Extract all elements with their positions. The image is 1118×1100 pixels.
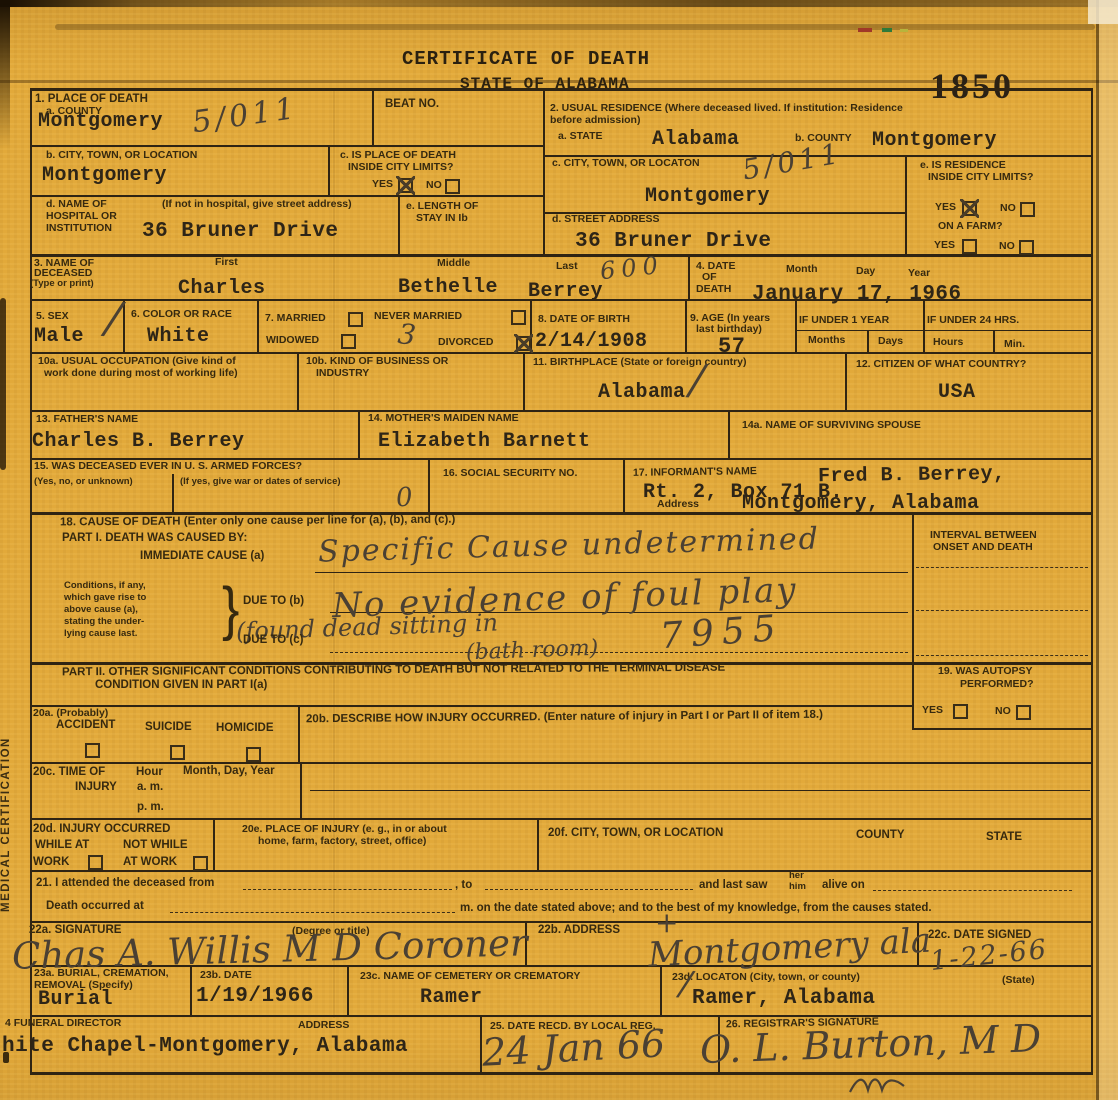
field-label-address: Address: [657, 499, 699, 511]
checkbox-autopsy-no: [1016, 705, 1031, 720]
field-label-immediate-cause: IMMEDIATE CAUSE (a): [140, 550, 264, 563]
field-label-inside-limits-2: INSIDE CITY LIMITS?: [348, 162, 453, 174]
field-label-business-1: 10b. KIND OF BUSINESS OR: [306, 356, 448, 368]
field-label-date-of-death-3: DEATH: [696, 284, 731, 296]
yes-label: YES: [922, 705, 943, 717]
rule: [428, 458, 430, 512]
rule: [923, 299, 925, 352]
handwritten-birthplace-mark: /: [688, 355, 706, 405]
rule: [257, 299, 259, 352]
rule: [30, 88, 1093, 91]
field-label-hospital-3: INSTITUTION: [46, 223, 112, 235]
field-label-mother: 14. MOTHER'S MAIDEN NAME: [368, 413, 519, 425]
value-informant-name: Fred B. Berrey,: [818, 465, 1006, 488]
scan-streak-top: [0, 0, 1118, 7]
rule: [328, 145, 330, 195]
blank-line: [170, 912, 455, 913]
handwritten-cause-c: (bath room): [466, 636, 599, 666]
handwritten-residence-loc: 5/011: [740, 137, 845, 187]
field-label-hospital-note: (If not in hospital, give street address…: [162, 199, 352, 211]
field-label-ssn: 16. SOCIAL SECURITY NO.: [443, 468, 577, 480]
field-label-20c-2: INJURY: [75, 781, 117, 794]
field-label-business-2: INDUSTRY: [316, 368, 369, 380]
field-label-widowed: WIDOWED: [266, 335, 319, 347]
field-label-interval-1: INTERVAL BETWEEN: [930, 530, 1037, 542]
rule: [916, 567, 1088, 568]
field-label-divorced: DIVORCED: [438, 337, 493, 349]
column-label-last: Last: [556, 261, 578, 273]
color-mark-green: [882, 28, 892, 32]
field-label-21-to: , to: [455, 879, 472, 892]
field-label-20d: 20d. INJURY OCCURRED: [33, 823, 170, 836]
rule: [688, 254, 690, 299]
rule: [310, 790, 1090, 791]
blank-line: [243, 889, 452, 890]
field-label-while-at: WHILE AT: [35, 839, 89, 852]
field-label-21a: 21. I attended the deceased from: [36, 877, 214, 890]
checkbox-homicide: [246, 747, 261, 762]
column-label-min: Min.: [1004, 339, 1025, 351]
yes-label: YES: [934, 240, 955, 252]
field-label-street-address: d. STREET ADDRESS: [552, 214, 660, 226]
value-birthplace: Alabama: [598, 383, 686, 403]
rule: [30, 410, 1093, 412]
field-label-21d: Death occurred at: [46, 900, 144, 913]
rule: [30, 254, 1093, 257]
value-burial-date: 1/19/1966: [196, 986, 314, 1007]
handwritten-marital-mark: 3: [396, 317, 417, 352]
field-label-occupation-2: work done during most of working life): [44, 368, 238, 380]
rule: [795, 330, 1093, 331]
side-label-medical-certification: MEDICAL CERTIFICATION: [1, 592, 13, 912]
value-informant-address: Montgomery, Alabama: [742, 494, 980, 514]
field-label-20e-2: home, farm, factory, street, office): [258, 836, 426, 848]
field-label-res-limits-2: INSIDE CITY LIMITS?: [928, 172, 1033, 184]
field-label-20c-1: 20c. TIME OF: [33, 766, 105, 779]
rule: [30, 1072, 1093, 1075]
field-label-him: him: [789, 882, 806, 893]
document-title: CERTIFICATE OF DEATH: [402, 50, 650, 69]
value-date-of-birth: 2/14/1908: [535, 332, 648, 352]
rule: [867, 330, 869, 352]
rule: [347, 965, 349, 1015]
yes-label: YES: [935, 202, 956, 214]
field-label-20a: 20a. (Probably): [33, 708, 108, 720]
column-label-days: Days: [878, 336, 903, 348]
field-label-under-24-hrs: IF UNDER 24 HRS.: [927, 315, 1019, 327]
value-cemetery-location: Ramer, Alabama: [692, 988, 875, 1009]
field-label-city-town: b. CITY, TOWN, OR LOCATION: [46, 150, 197, 162]
checkbox-never-married: [511, 310, 526, 325]
field-label-inside-limits-1: c. IS PLACE OF DEATH: [340, 150, 456, 162]
field-label-hospital-2: HOSPITAL OR: [46, 211, 117, 223]
field-label-birthplace: 11. BIRTHPLACE (State or foreign country…: [533, 357, 747, 369]
field-label-res-limits-1: e. IS RESIDENCE: [920, 160, 1006, 172]
no-label: NO: [995, 706, 1011, 718]
rule: [623, 458, 625, 512]
field-label-stay-2: STAY IN Ib: [416, 213, 468, 225]
field-label-beat-no: BEAT NO.: [385, 98, 439, 111]
checkbox-autopsy-yes: [953, 704, 968, 719]
rule: [916, 655, 1088, 656]
rule: [912, 728, 1093, 730]
rule: [213, 818, 215, 870]
rule: [916, 610, 1088, 611]
field-label-armed-forces-note2: (If yes, give war or dates of service): [180, 477, 341, 488]
checkbox-accident: [85, 743, 100, 758]
value-residence-city: Montgomery: [645, 187, 770, 207]
column-label-year: Year: [908, 268, 930, 280]
rule: [1091, 88, 1093, 1074]
field-label-sex: 5. SEX: [36, 311, 69, 323]
field-label-conditions-1: Conditions, if any,: [64, 581, 146, 592]
field-label-usual-residence-2: before admission): [550, 115, 640, 127]
field-label-armed-forces: 15. WAS DECEASED EVER IN U. S. ARMED FOR…: [34, 461, 302, 473]
column-label-month: Month: [786, 264, 818, 276]
field-label-suicide: SUICIDE: [145, 721, 192, 734]
rule: [795, 299, 797, 352]
checkbox-farm-yes: [962, 239, 977, 254]
scan-streak-2: [55, 24, 1095, 30]
rule: [358, 410, 360, 458]
checkbox-while-at-work: [88, 855, 103, 870]
rule: [993, 330, 995, 352]
blank-line: [873, 890, 1072, 891]
value-race: White: [147, 327, 210, 347]
value-father: Charles B. Berrey: [32, 432, 245, 452]
checkbox-residence-no: [1020, 202, 1035, 217]
value-mother: Elizabeth Barnett: [378, 432, 591, 452]
field-label-23c-cemetery: 23c. NAME OF CEMETERY OR CREMATORY: [360, 971, 580, 983]
field-label-under-1-year: IF UNDER 1 YEAR: [799, 315, 889, 327]
field-label-date-of-death-2: OF: [702, 272, 717, 284]
handwritten-last-mark: 600: [599, 251, 665, 286]
checkbox-suicide: [170, 745, 185, 760]
field-label-armed-forces-note1: (Yes, no, or unknown): [34, 477, 133, 488]
field-label-hospital-1: d. NAME OF: [46, 199, 107, 211]
rule: [30, 921, 1093, 923]
checkbox-divorced: [516, 336, 531, 351]
rule: [300, 762, 302, 818]
rule: [298, 705, 300, 762]
checkbox-residence-yes: [962, 201, 977, 216]
field-label-conditions-5: lying cause last.: [64, 629, 137, 640]
field-label-21b: and last saw: [699, 879, 767, 892]
field-label-21c: alive on: [822, 879, 865, 892]
field-label-state-paren: (State): [1002, 975, 1035, 987]
column-label-state: STATE: [986, 831, 1022, 844]
yes-label: YES: [372, 179, 393, 191]
field-label-accident: ACCIDENT: [56, 719, 115, 732]
field-label-name-3: (Type or print): [30, 279, 94, 290]
field-label-stay-1: e. LENGTH OF: [406, 201, 478, 213]
rule: [905, 155, 907, 254]
certificate-number: 1850: [930, 68, 1014, 104]
field-label-am: a. m.: [137, 781, 163, 794]
handwritten-beat: 5/011: [190, 91, 300, 140]
column-label-months: Months: [808, 335, 845, 347]
handwritten-date-received: 24 Jan 66: [481, 1021, 666, 1075]
field-label-at-work: AT WORK: [123, 856, 177, 869]
field-label-res-city: c. CITY, TOWN, OR LOCATON: [552, 158, 700, 170]
handwritten-armed-forces: 0: [395, 482, 414, 513]
field-label-cause-of-death: 18. CAUSE OF DEATH (Enter only one cause…: [60, 514, 455, 530]
field-label-pm: p. m.: [137, 801, 164, 814]
value-last-name: Berrey: [528, 282, 603, 302]
column-label-first: First: [215, 257, 238, 269]
no-label: NO: [1000, 203, 1016, 215]
rule: [30, 1015, 1093, 1017]
column-label-hours: Hours: [933, 337, 963, 349]
field-label-part1: PART I. DEATH WAS CAUSED BY:: [62, 532, 247, 545]
field-label-usual-residence: 2. USUAL RESIDENCE (Where deceased lived…: [550, 103, 903, 115]
rule: [172, 474, 174, 512]
rule: [30, 762, 1093, 764]
rule: [845, 352, 847, 410]
field-label-autopsy-2: PERFORMED?: [960, 679, 1034, 691]
field-label-on-a-farm: ON A FARM?: [938, 221, 1003, 233]
column-label-hour: Hour: [136, 766, 163, 779]
paper-edge-light: [1099, 0, 1118, 1100]
field-label-23b-date: 23b. DATE: [200, 970, 252, 982]
value-burial: Burial: [38, 990, 113, 1010]
field-label-homicide: HOMICIDE: [216, 722, 274, 735]
left-edge-blob: [0, 298, 6, 470]
field-label-fd-address: ADDRESS: [298, 1020, 349, 1032]
rule: [685, 299, 687, 352]
field-label-part2-2: CONDITION GIVEN IN PART I(a): [95, 679, 267, 692]
checkbox-place-no: [445, 179, 460, 194]
value-citizen: USA: [938, 383, 976, 403]
field-label-surviving-spouse: 14a. NAME OF SURVIVING SPOUSE: [742, 420, 921, 432]
checkbox-married: [348, 312, 363, 327]
color-mark-olive: [900, 29, 908, 32]
value-residence-state: Alabama: [652, 130, 740, 150]
field-label-conditions-2: which gave rise to: [64, 593, 146, 604]
field-label-not-while: NOT WHILE: [123, 839, 188, 852]
value-date-of-death: January 17, 1966: [752, 284, 962, 305]
rule: [297, 352, 299, 410]
value-city: Montgomery: [42, 166, 167, 186]
value-age: 57: [718, 336, 745, 358]
field-label-conditions-4: stating the under-: [64, 617, 144, 628]
rule: [123, 299, 125, 352]
field-label-date-of-birth: 8. DATE OF BIRTH: [538, 314, 630, 326]
handwritten-cause-number: 7955: [659, 608, 785, 658]
field-label-citizen: 12. CITIZEN OF WHAT COUNTRY?: [856, 359, 1026, 371]
death-certificate: CERTIFICATE OF DEATH STATE OF ALABAMA 18…: [0, 0, 1118, 1100]
field-label-conditions-3: above cause (a),: [64, 605, 138, 616]
field-label-married: 7. MARRIED: [265, 313, 326, 325]
rule: [543, 88, 545, 254]
no-label: NO: [426, 180, 442, 192]
value-middle-name: Bethelle: [398, 278, 498, 298]
value-first-name: Charles: [178, 279, 266, 299]
rule: [30, 870, 1093, 872]
color-mark-red: [858, 28, 872, 32]
field-label-23d-location: 23d. LOCATON (City, town, or county): [672, 972, 860, 984]
field-label-occupation-1: 10a. USUAL OCCUPATION (Give kind of: [38, 356, 236, 368]
field-label-22b-address: 22b. ADDRESS: [538, 924, 620, 937]
field-label-21e: m. on the date stated above; and to the …: [460, 902, 932, 915]
field-label-father: 13. FATHER'S NAME: [36, 414, 138, 426]
rule: [315, 572, 908, 573]
value-street-address: 36 Bruner Drive: [575, 231, 772, 252]
value-sex: Male: [34, 327, 84, 347]
left-edge-shadow: [0, 0, 10, 150]
value-county: Montgomery: [38, 112, 163, 132]
signature-flourish: [848, 1072, 908, 1098]
field-label-state: a. STATE: [558, 131, 603, 143]
field-label-informant: 17. INFORMANT'S NAME: [633, 466, 757, 479]
field-label-23a-1: 23a. BURIAL, CREMATION,: [34, 968, 169, 980]
field-label-never-married: NEVER MARRIED: [374, 311, 462, 323]
rule: [537, 818, 539, 870]
field-label-place-of-death: 1. PLACE OF DEATH: [35, 93, 148, 106]
rule: [372, 88, 374, 145]
handwritten-cause-a: Specific Cause undetermined: [318, 521, 821, 569]
field-label-20b: 20b. DESCRIBE HOW INJURY OCCURRED. (Ente…: [306, 709, 823, 726]
field-label-due-to-c: DUE TO (c): [243, 634, 304, 647]
rule: [523, 352, 525, 410]
rule: [30, 145, 543, 147]
blank-line: [485, 889, 693, 890]
field-label-20e-1: 20e. PLACE OF INJURY (e. g., in or about: [242, 824, 447, 836]
field-label-20f: 20f. CITY, TOWN, OR LOCATION: [548, 827, 723, 840]
rule: [30, 195, 543, 197]
value-cemetery: Ramer: [420, 988, 483, 1008]
checkbox-farm-no: [1019, 240, 1034, 255]
column-label-mdy: Month, Day, Year: [183, 765, 275, 778]
field-label-color-race: 6. COLOR OR RACE: [131, 309, 232, 321]
column-label-middle: Middle: [437, 258, 470, 270]
field-label-due-to-b: DUE TO (b): [243, 595, 304, 608]
checkbox-widowed: [341, 334, 356, 349]
no-label: NO: [999, 241, 1015, 253]
rule: [912, 512, 914, 728]
checkbox-not-while-at-work: [193, 856, 208, 871]
corner-light: [1088, 0, 1118, 24]
checkbox-place-yes: [398, 178, 413, 193]
column-label-county: COUNTY: [856, 829, 905, 842]
column-label-day: Day: [856, 266, 875, 278]
field-label-autopsy-1: 19. WAS AUTOPSY: [938, 666, 1033, 678]
rule: [330, 652, 908, 653]
field-label-work: WORK: [33, 856, 69, 869]
rule: [30, 818, 1093, 820]
value-hospital: 36 Bruner Drive: [142, 221, 339, 242]
rule: [30, 705, 912, 707]
rule: [398, 195, 400, 254]
value-funeral-home: hite Chapel-Montgomery, Alabama: [2, 1036, 408, 1057]
field-label-funeral-director: 4 FUNERAL DIRECTOR: [5, 1018, 121, 1030]
value-residence-county: Montgomery: [872, 131, 997, 151]
rule: [728, 410, 730, 458]
field-label-interval-2: ONSET AND DEATH: [933, 542, 1033, 554]
